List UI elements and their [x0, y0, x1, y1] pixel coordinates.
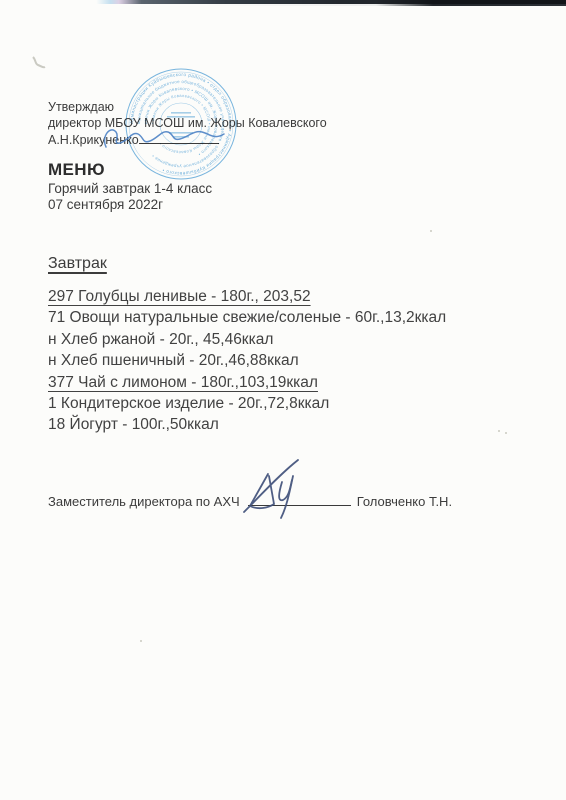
- dust-speck: [430, 230, 432, 232]
- dust-speck: [140, 640, 142, 642]
- menu-date: 07 сентября 2022г: [48, 197, 163, 212]
- menu-item: н Хлеб пшеничный - 20г.,46,88ккал: [48, 350, 446, 371]
- scanned-menu-document: Утверждаю директор МБОУ МСОШ им. Жоры Ко…: [0, 0, 566, 800]
- dust-speck: [505, 432, 507, 434]
- dust-speck: [498, 430, 500, 432]
- page-title: МЕНЮ: [48, 160, 105, 180]
- menu-item: н Хлеб ржаной - 20г., 45,46ккал: [48, 329, 446, 350]
- menu-item: 1 Кондитерское изделие - 20г.,72,8ккал: [48, 393, 446, 414]
- deputy-handwritten-signature: [238, 458, 318, 520]
- menu-item-list: 297 Голубцы ленивые - 180г., 203,52 71 О…: [48, 286, 446, 436]
- menu-item: 377 Чай с лимоном - 180г.,103,19ккал: [48, 372, 446, 393]
- scan-edge-shadow: [200, 4, 566, 6]
- menu-item: 71 Овощи натуральные свежие/соленые - 60…: [48, 307, 446, 328]
- menu-item: 18 Йогурт - 100г.,50ккал: [48, 414, 446, 435]
- deputy-name: Головченко Т.Н.: [357, 494, 452, 509]
- section-heading-breakfast: Завтрак: [48, 255, 107, 273]
- menu-subtitle: Горячий завтрак 1-4 класс: [48, 181, 212, 196]
- deputy-role-label: Заместитель директора по АХЧ: [48, 494, 240, 509]
- director-handwritten-signature: [98, 117, 233, 155]
- menu-item: 297 Голубцы ленивые - 180г., 203,52: [48, 286, 446, 307]
- pencil-smudge-mark: [30, 55, 48, 71]
